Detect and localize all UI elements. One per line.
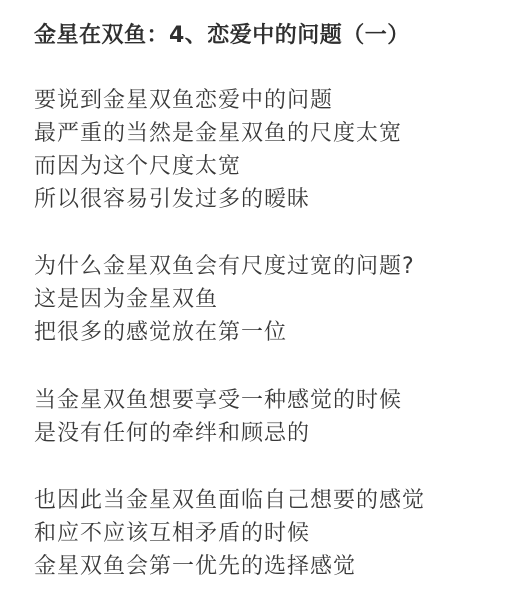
paragraph-4: 也因此当金星双鱼面临自己想要的感觉 和应不应该互相矛盾的时候 金星双鱼会第一优先… — [34, 484, 425, 583]
text-line: 所以很容易引发过多的暧昧 — [34, 183, 402, 216]
text-line: 也因此当金星双鱼面临自己想要的感觉 — [34, 484, 425, 517]
text-line: 把很多的感觉放在第一位 — [34, 316, 415, 349]
text-line: 最严重的当然是金星双鱼的尺度太宽 — [34, 117, 402, 150]
text-line: 和应不应该互相矛盾的时候 — [34, 517, 425, 550]
text-line: 这是因为金星双鱼 — [34, 283, 415, 316]
document-title: 金星在双鱼：4、恋爱中的问题（一） — [34, 22, 410, 50]
text-line: 是没有任何的牵绊和顾忌的 — [34, 417, 402, 450]
text-line: 金星双鱼会第一优先的选择感觉 — [34, 550, 425, 583]
paragraph-2: 为什么金星双鱼会有尺度过宽的问题? 这是因为金星双鱼 把很多的感觉放在第一位 — [34, 250, 415, 349]
text-line: 当金星双鱼想要享受一种感觉的时候 — [34, 384, 402, 417]
text-line: 为什么金星双鱼会有尺度过宽的问题? — [34, 250, 415, 283]
text-line: 而因为这个尺度太宽 — [34, 150, 402, 183]
paragraph-1: 要说到金星双鱼恋爱中的问题 最严重的当然是金星双鱼的尺度太宽 而因为这个尺度太宽… — [34, 84, 402, 216]
text-line: 要说到金星双鱼恋爱中的问题 — [34, 84, 402, 117]
paragraph-3: 当金星双鱼想要享受一种感觉的时候 是没有任何的牵绊和顾忌的 — [34, 384, 402, 450]
